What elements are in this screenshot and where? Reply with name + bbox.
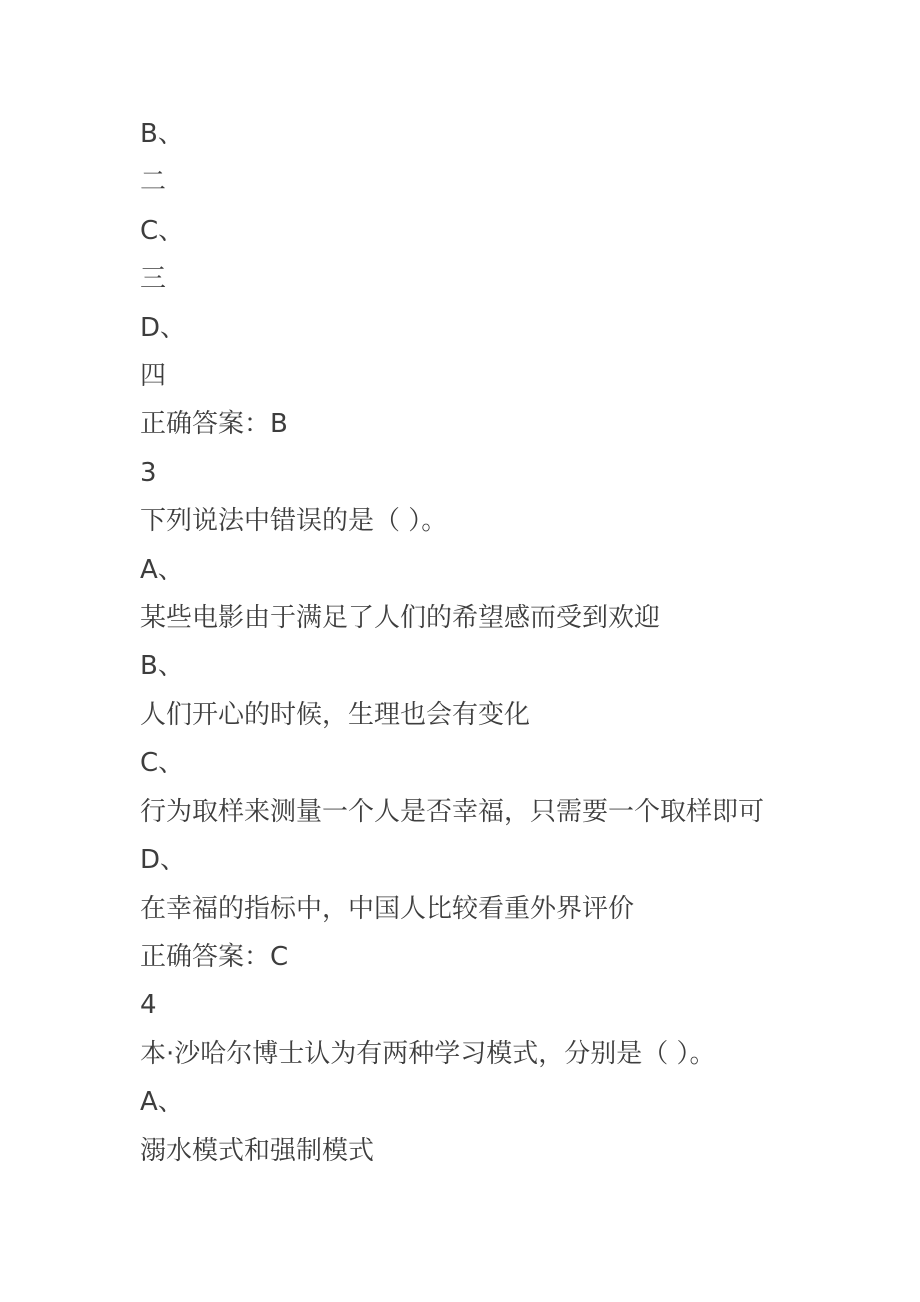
document-page: B、 二 C、 三 D、 四 正确答案：B 3 下列说法中错误的是（ ）。 A、… (0, 0, 920, 1302)
option-text: 二 (140, 158, 860, 206)
answer-line: 正确答案：C (140, 933, 860, 981)
option-text: 某些电影由于满足了人们的希望感而受到欢迎 (140, 594, 860, 642)
option-label: B、 (140, 110, 860, 158)
question-text: 本·沙哈尔博士认为有两种学习模式，分别是（ ）。 (140, 1030, 860, 1078)
option-label: A、 (140, 1078, 860, 1126)
option-text: 行为取样来测量一个人是否幸福，只需要一个取样即可 (140, 788, 860, 836)
answer-line: 正确答案：B (140, 400, 860, 448)
option-text: 四 (140, 352, 860, 400)
option-label: C、 (140, 739, 860, 787)
option-text: 在幸福的指标中，中国人比较看重外界评价 (140, 885, 860, 933)
question-number: 4 (140, 981, 860, 1029)
option-label: D、 (140, 304, 860, 352)
option-text: 三 (140, 255, 860, 303)
option-text: 人们开心的时候，生理也会有变化 (140, 691, 860, 739)
option-label: D、 (140, 836, 860, 884)
option-label: B、 (140, 642, 860, 690)
option-label: A、 (140, 546, 860, 594)
option-label: C、 (140, 207, 860, 255)
question-text: 下列说法中错误的是（ ）。 (140, 497, 860, 545)
question-number: 3 (140, 449, 860, 497)
option-text: 溺水模式和强制模式 (140, 1127, 860, 1175)
